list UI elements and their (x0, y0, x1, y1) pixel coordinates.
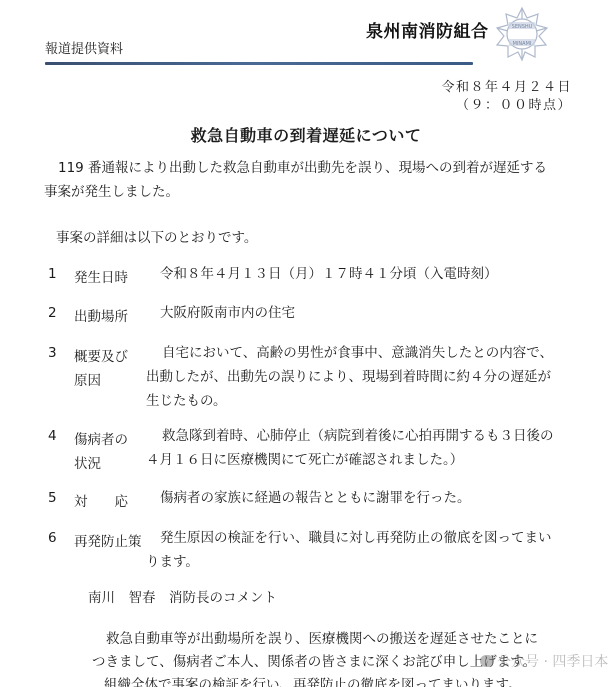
document-title: 救急自動車の到着遅延について (0, 123, 612, 146)
chief-comment-heading: 南川 智春 消防長のコメント (88, 586, 277, 606)
item-text: 令和８年４月１３日（月）１７時４１分頃（入電時刻） (160, 262, 498, 286)
chief-comment-line: つきまして、傷病者ご本人、関係者の皆さまに深くお詫び申し上げます。 (92, 650, 536, 670)
wechat-icon (480, 655, 494, 667)
item-label: 状況 (74, 452, 101, 472)
fire-department-emblem-icon: SENSHU MINAMI (494, 6, 550, 62)
intro-paragraph-line-1: 119 番通報により出動した救急自動車が出動先を誤り、現場への到着が遅延する (58, 156, 547, 180)
item-label: 出動場所 (74, 305, 128, 325)
release-date: 令和８年４月２４日 (441, 76, 572, 95)
watermark: 公众号 · 四季日本 (480, 651, 608, 671)
item-label: 概要及び (74, 345, 128, 365)
item-number: 5 (48, 490, 57, 506)
item-text: 大阪府阪南市内の住宅 (160, 301, 295, 325)
item-text: 自宅において、高齢の男性が食事中、意識消失したとの内容で、 (162, 341, 553, 365)
item-text: 出動したが、出動先の誤りにより、現場到着時間に約４分の遅延が (146, 365, 551, 389)
chief-comment-line: 救急自動車等が出動場所を誤り、医療機関への搬送を遅延させたことに (106, 627, 538, 647)
item-number: 4 (48, 428, 57, 444)
intro-details-lead: 事案の詳細は以下のとおりです。 (56, 226, 257, 250)
document-type-label: 報道提供資料 (45, 38, 123, 57)
item-label: 再発防止策 (74, 530, 142, 550)
header-divider (45, 62, 473, 65)
item-number: 1 (48, 266, 57, 282)
item-label: 原因 (74, 369, 101, 389)
item-number: 2 (48, 305, 57, 321)
watermark-text: 公众号 · 四季日本 (497, 651, 608, 671)
release-time-point: （９：００時点） (456, 94, 572, 113)
organization-name: 泉州南消防組合 (366, 17, 489, 42)
item-number: 6 (48, 530, 57, 546)
intro-paragraph-line-2: 事案が発生しました。 (44, 180, 179, 204)
item-text: ります。 (146, 550, 199, 574)
item-text: 生じたもの。 (146, 389, 226, 413)
item-label: 傷病者の (74, 428, 128, 448)
svg-text:SENSHU: SENSHU (512, 24, 533, 30)
item-text: 救急隊到着時、心肺停止（病院到着後に心拍再開するも３日後の (162, 424, 554, 448)
item-text: ４月１６日に医療機関にて死亡が確認されました。） (146, 448, 463, 472)
item-text: 発生原因の検証を行い、職員に対し再発防止の徹底を図ってまい (160, 526, 552, 550)
svg-text:MINAMI: MINAMI (513, 41, 532, 47)
item-label: 対 応 (74, 490, 128, 510)
item-number: 3 (48, 345, 57, 361)
item-label: 発生日時 (74, 266, 128, 286)
item-text: 傷病者の家族に経過の報告とともに謝罪を行った。 (160, 486, 471, 510)
chief-comment-line: 組織全体で事案の検証を行い、再発防止の徹底を図ってまいります。 (104, 673, 521, 687)
